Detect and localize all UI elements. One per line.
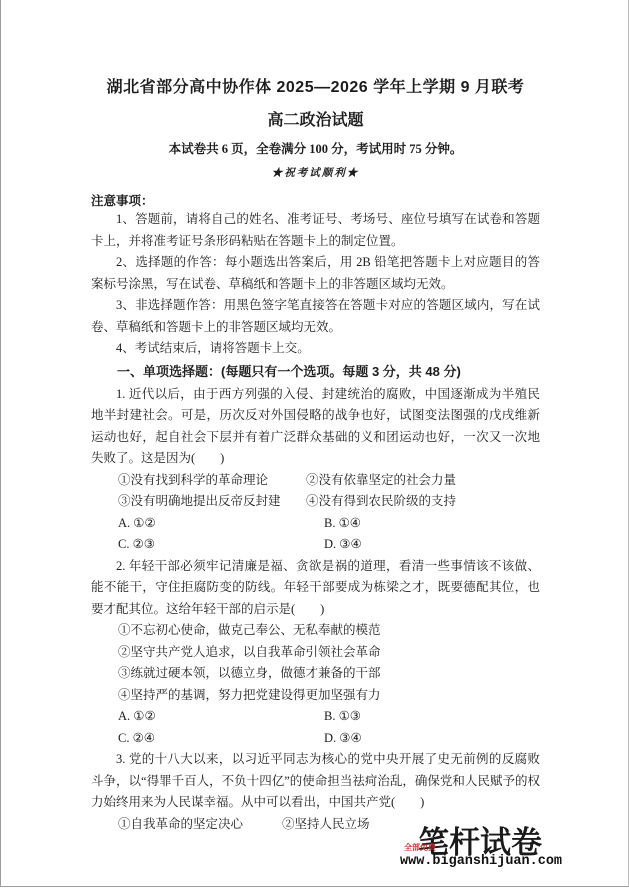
question-2-stem: 2. 年轻干部必须牢记清廉是福、贪欲是祸的道理，看清一些事情该不该做、能不能干，… [91,556,540,621]
suboption: ①没有找到科学的革命理论 [118,470,306,492]
answer-choice: B. ①④ [324,513,361,535]
question-2-suboption-1: ①不忘初心使命，做克己奉公、无私奉献的模范 [91,620,540,642]
answer-choice: D. ③④ [324,534,362,556]
answer-choice: A. ①② [118,706,324,728]
notes-item-4: 4、考试结束后，请将答题卡上交。 [91,338,540,360]
notes-item-3: 3、非选择题作答：用黑色签字笔直接答在答题卡对应的答题区域内，写在试卷、草稿纸和… [91,295,540,338]
answer-choice: A. ①② [118,513,324,535]
question-1-answers-row-1: A. ①② B. ①④ [91,513,540,535]
suboption: ③没有明确地提出反帝反封建 [118,491,306,513]
question-3-stem: 3. 党的十八大以来，以习近平同志为核心的党中央开展了史无前例的反腐败斗争，以“… [91,749,540,814]
question-2-suboption-3: ③练就过硬本领，以德立身，做德才兼备的干部 [91,663,540,685]
exam-wish-line: ★祝考试顺利★ [91,165,540,180]
exam-title: 湖北省部分高中协作体 2025—2026 学年上学期 9 月联考 [91,78,540,98]
answer-choice: C. ②③ [118,534,324,556]
notes-item-1: 1、答题前，请将自己的姓名、准考证号、考场号、座位号填写在试卷和答题卡上，并将准… [91,209,540,252]
exam-meta-line: 本试卷共 6 页，全卷满分 100 分，考试用时 75 分钟。 [91,139,540,157]
question-1-answers-row-2: C. ②③ D. ③④ [91,534,540,556]
answer-choice: D. ③④ [324,728,362,750]
exam-page: 湖北省部分高中协作体 2025—2026 学年上学期 9 月联考 高二政治试题 … [0,0,629,887]
section-heading: 一、单项选择题：(每题只有一个选项。每题 3 分，共 48 分) [91,361,540,383]
notes-heading: 注意事项： [91,191,540,209]
watermark-url: www.biganshijuan.com [400,854,562,869]
question-1-stem: 1. 近代以后，由于西方列强的入侵、封建统治的腐败，中国逐渐成为半殖民地半封建社… [91,384,540,470]
question-2-suboption-4: ④坚持严的基调，努力把党建设得更加坚强有力 [91,685,540,707]
suboption: ④没有得到农民阶级的支持 [306,491,456,513]
suboption: ②坚持人民立场 [282,814,370,836]
watermark-free-tag: 全部免费 [404,844,436,852]
answer-choice: B. ①③ [324,706,361,728]
suboption: ②没有依靠坚定的社会力量 [306,470,456,492]
exam-content: 湖北省部分高中协作体 2025—2026 学年上学期 9 月联考 高二政治试题 … [1,0,628,835]
question-2-answers-row-1: A. ①② B. ①③ [91,706,540,728]
answer-choice: C. ②④ [118,728,324,750]
question-2-suboption-2: ②坚守共产党人追求，以自我革命引领社会革命 [91,642,540,664]
notes-item-2: 2、选择题的作答：每小题选出答案后，用 2B 铅笔把答题卡上对应题目的答案标号涂… [91,252,540,295]
question-1-suboptions-row-2: ③没有明确地提出反帝反封建 ④没有得到农民阶级的支持 [91,491,540,513]
exam-subtitle: 高二政治试题 [91,111,540,130]
suboption: ①自我革命的坚定决心 [118,814,282,836]
question-1-suboptions-row-1: ①没有找到科学的革命理论 ②没有依靠坚定的社会力量 [91,470,540,492]
question-2-answers-row-2: C. ②④ D. ③④ [91,728,540,750]
